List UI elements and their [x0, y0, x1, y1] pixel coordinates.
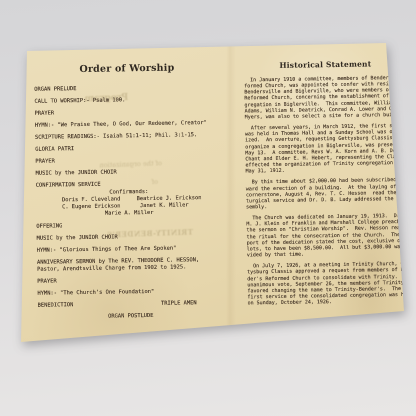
paper-shadow: Programof the organizationofTRINITY-BEND…	[0, 0, 416, 416]
order-of-worship-lines: ORGAN PRELUDECALL TO WORSHIP:- Psalm 100…	[34, 84, 224, 322]
order-line: HYMN:- "The Church's One Foundation"	[37, 288, 223, 298]
order-line: MUSIC by the JUNIOR CHOIR	[36, 168, 222, 178]
historical-statement-page: Historical Statement In January 1910 a c…	[244, 59, 411, 312]
order-line: ORGAN POSTLUDE	[38, 312, 224, 322]
paper-content: Programof the organizationofTRINITY-BEND…	[0, 0, 416, 416]
order-line: SCRIPTURE READINGS:- Isaiah 51:1-11; Phi…	[35, 132, 221, 142]
historical-paragraphs: In January 1910 a committee, members of …	[244, 75, 411, 307]
order-line: CALL TO WORSHIP:- Psalm 100.	[34, 96, 220, 106]
order-line: HYMN:- "We Praise Thee, O God, Our Redee…	[35, 120, 221, 130]
historical-paragraph: On July 7, 1926, at a meeting in Trinity…	[247, 261, 411, 307]
photo-background: Programof the organizationofTRINITY-BEND…	[0, 0, 416, 416]
right-page-title: Historical Statement	[244, 59, 407, 71]
historical-paragraph: After several years, in March 1912, the …	[245, 123, 409, 175]
order-of-worship-page: Order of Worship ORGAN PRELUDECALL TO WO…	[34, 62, 224, 322]
order-line: MUSIC by the JUNIOR CHOIR	[37, 233, 223, 243]
order-line: Pastor, Arendtsville Charge from 1902 to…	[37, 264, 223, 274]
historical-paragraph: By this time about $2,000.00 had been su…	[246, 177, 409, 210]
order-line: BENEDICTION TRIPLE AMEN	[38, 300, 224, 310]
historical-paragraph: The Church was dedicated on January 19, …	[246, 213, 410, 259]
historical-paragraph: In January 1910 a committee, members of …	[244, 75, 408, 121]
order-line: PRAYER	[37, 276, 223, 286]
order-line: ORGAN PRELUDE	[34, 84, 220, 94]
order-line: GLORIA PATRI	[35, 144, 221, 154]
left-page-title: Order of Worship	[34, 62, 220, 76]
order-line: PRAYER	[35, 108, 221, 118]
order-line: HYMN:- "Glorious Things of Thee Are Spok…	[37, 245, 223, 255]
program-paper: Programof the organizationofTRINITY-BEND…	[0, 0, 416, 416]
order-line: OFFERING	[36, 221, 222, 231]
order-line: PRAYER	[35, 156, 221, 166]
